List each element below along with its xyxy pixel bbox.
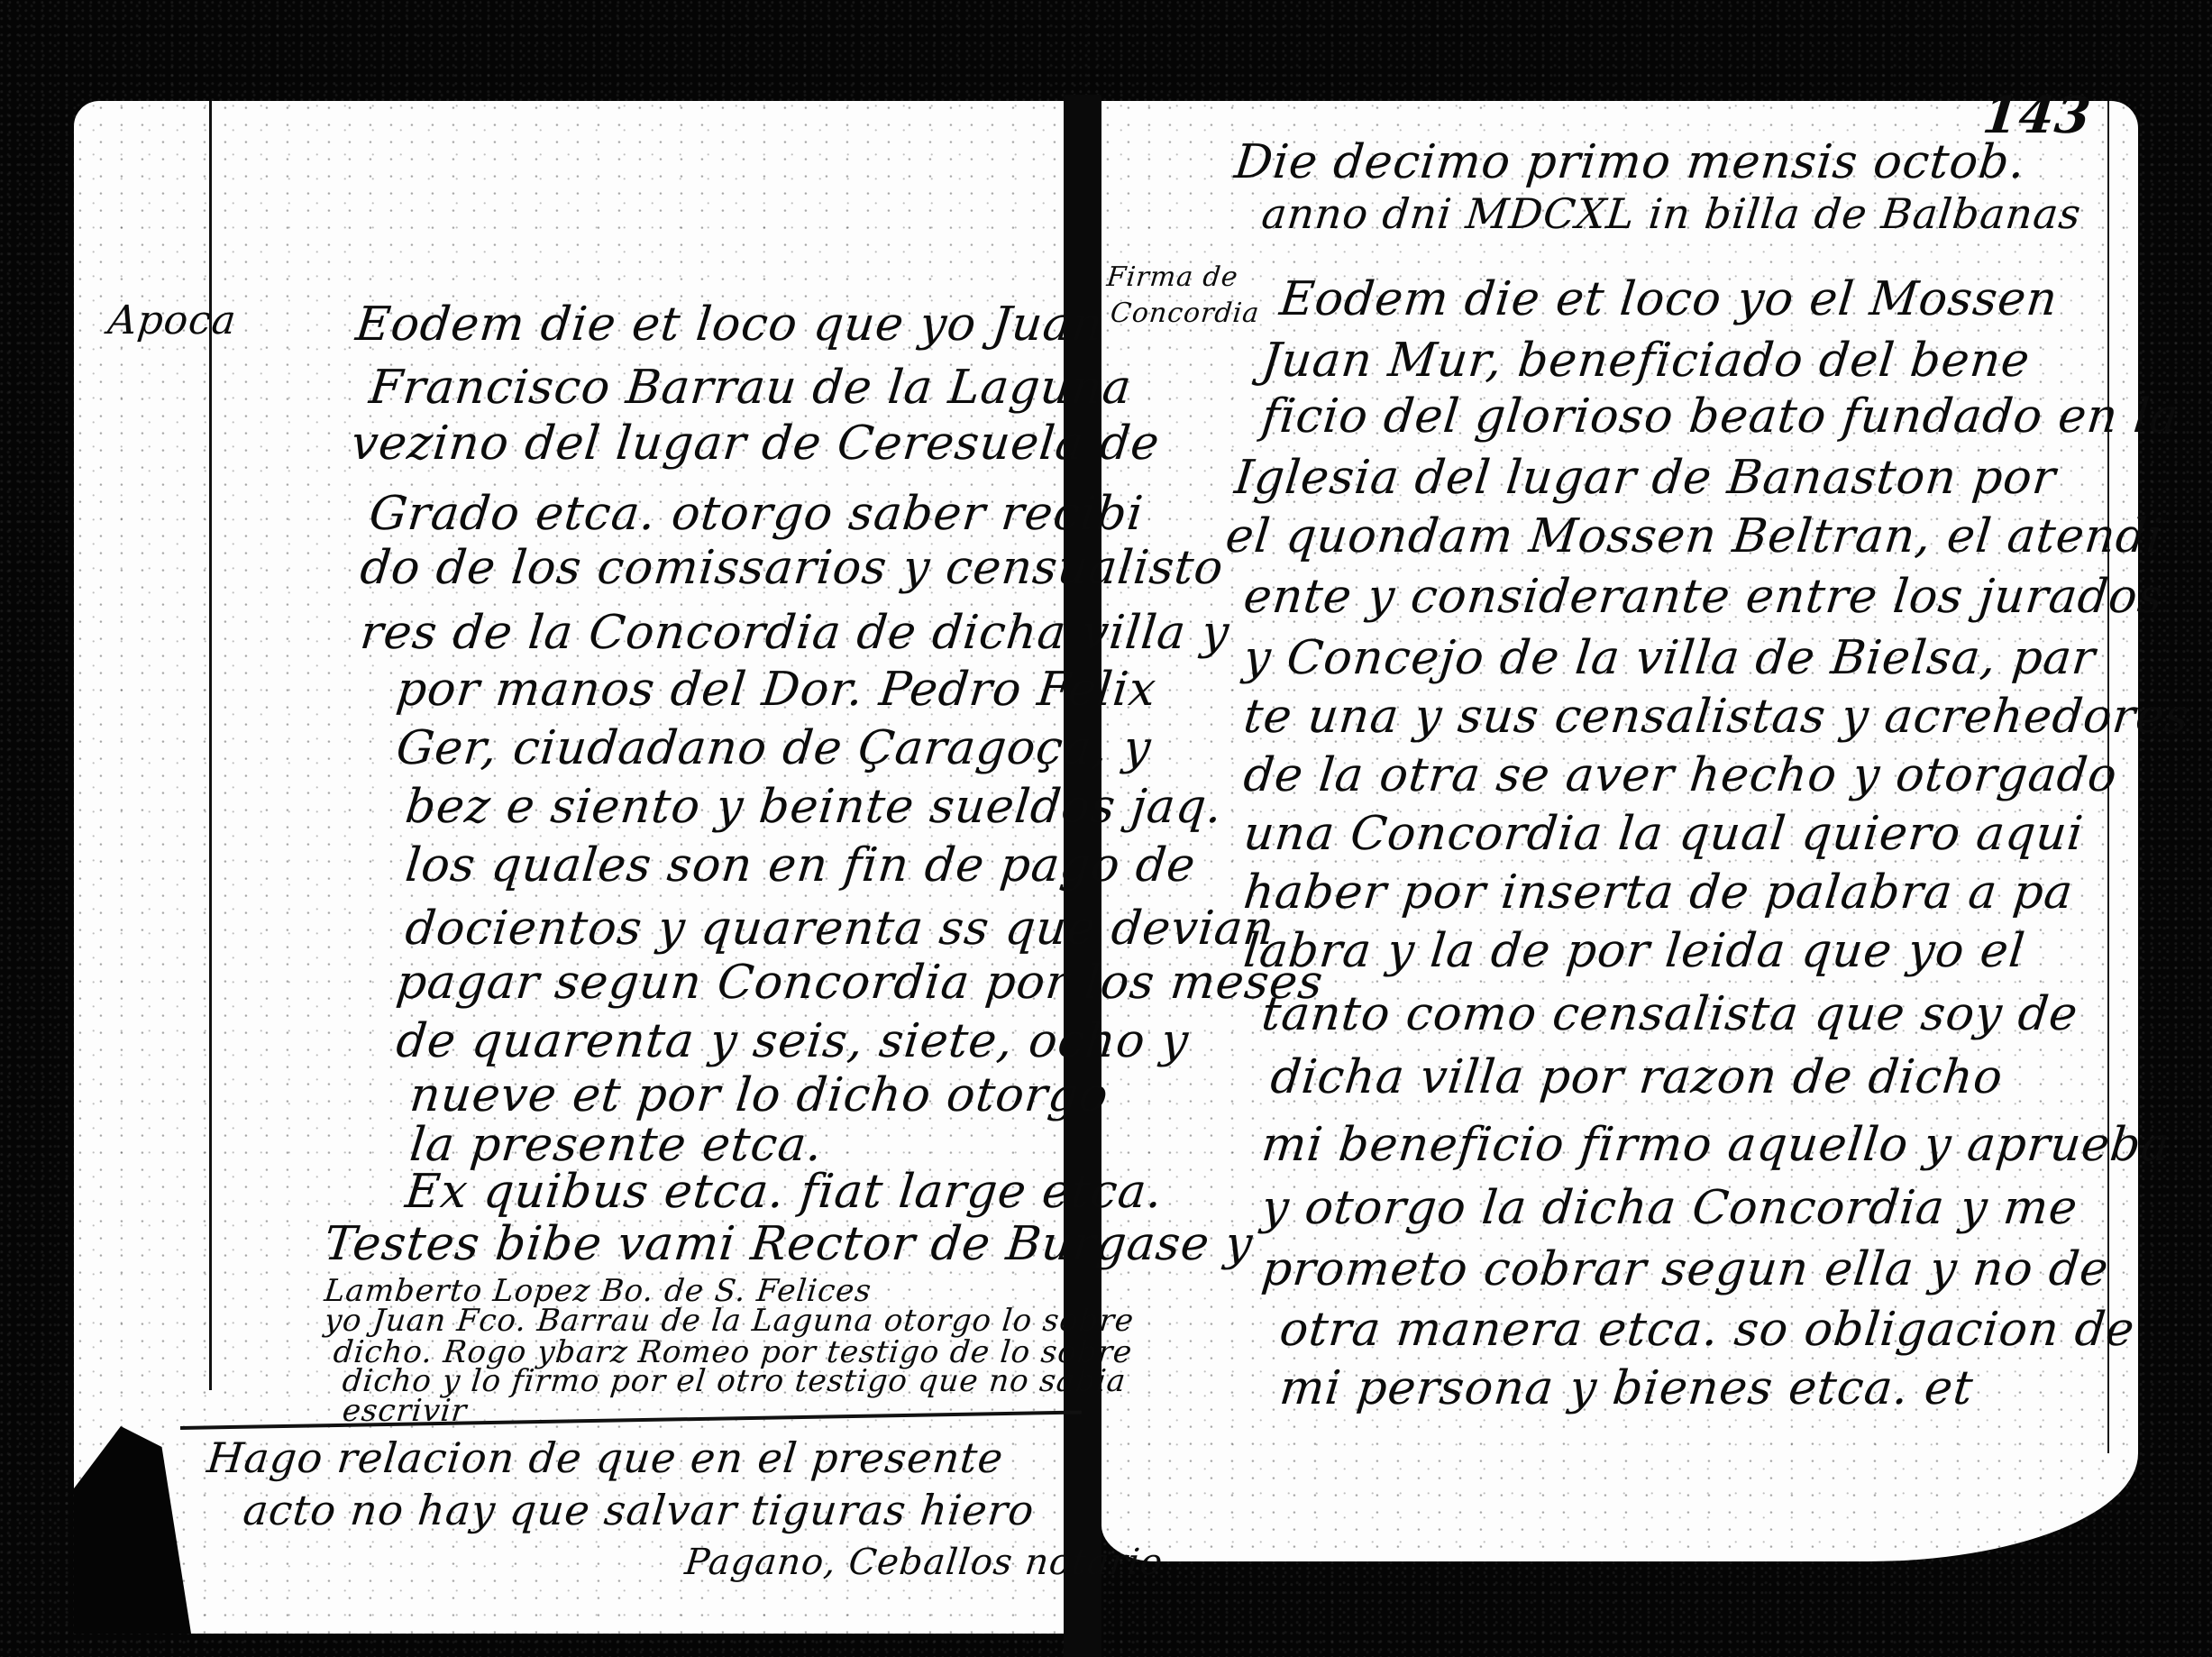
text-line: Juan Mur, beneficiado del bene (1259, 334, 2033, 388)
text-line: de quarenta y seis, siete, ocho y (394, 1014, 1192, 1068)
left-margin-note: Apoca (105, 298, 239, 343)
text-line: la presente etca. (407, 1118, 826, 1172)
text-line: anno dni MDCXL in billa de Balbanas (1259, 189, 2084, 238)
text-line: los quales son en fin de pago de (403, 838, 1199, 893)
text-line: yo Juan Fco. Barrau de la Laguna otorgo … (323, 1303, 1136, 1339)
text-line: docientos y quarenta ss que devian (403, 902, 1277, 956)
text-line: mi beneficio firmo aquello y aprueba (1259, 1118, 2173, 1172)
text-line: Eodem die et loco que yo Juan (353, 298, 1106, 352)
text-line: prometo cobrar segun ella y no de (1259, 1242, 2112, 1296)
text-line: acto no hay que salvar tiguras hiero (241, 1486, 1037, 1534)
text-line: Pagano, Ceballos notario (683, 1542, 1165, 1583)
text-line: vezino del lugar de Ceresuela de (349, 417, 1163, 471)
text-line: ente y considerante entre los jurados (1241, 570, 2166, 624)
text-line: bez e siento y beinte sueldos jaq. (403, 780, 1226, 834)
page-corner-damage (74, 1426, 191, 1634)
text-line: Iglesia del lugar de Banaston por (1232, 451, 2059, 505)
text-line: haber por inserta de palabra a pa (1241, 865, 2076, 920)
text-line: do de los comissarios y censualisto (358, 541, 1227, 595)
text-line: Eodem die et loco yo el Mossen (1277, 272, 2061, 326)
text-line: res de la Concordia de dicha villa y (358, 606, 1232, 660)
text-line: labra y la de por leida que yo el (1241, 924, 2028, 978)
text-line: tanto como censalista que soy de (1259, 987, 2080, 1041)
right-margin-note-line-2: Concordia (1109, 298, 1261, 329)
text-line: Ex quibus etca. fiat large etca. (403, 1165, 1165, 1219)
text-line: Hago relacion de que en el presente (205, 1433, 1006, 1482)
text-line: otra manera etca. so obligacion de (1277, 1303, 2138, 1357)
text-line: pagar segun Concordia por los meses (394, 956, 1326, 1010)
text-line: de la otra se aver hecho y otorgado (1241, 748, 2120, 802)
text-line: mi persona y bienes etca. et (1277, 1361, 1976, 1415)
text-line: Francisco Barrau de la Laguna (367, 361, 1135, 415)
text-line: Testes bibe vami Rector de Burgase y (322, 1217, 1256, 1271)
text-line: Die decimo primo mensis octob. (1232, 135, 2028, 189)
text-line: te una y sus censalistas y acrehedores (1241, 690, 2192, 744)
text-line: Ger, ciudadano de Çaragoça, y (394, 721, 1154, 775)
text-line: por manos del Dor. Pedro Felix (394, 663, 1159, 717)
text-line: una Concordia la qual quiero aqui (1241, 807, 2087, 861)
text-line: y Concejo de la villa de Bielsa, par (1241, 631, 2098, 685)
text-line: y otorgo la dicha Concordia y me (1259, 1181, 2080, 1235)
text-line: dicha villa por razon de dicho (1268, 1050, 2006, 1104)
text-line: el quondam Mossen Beltran, el atendi (1223, 509, 2166, 563)
text-line: ficio del glorioso beato fundado en la (1259, 389, 2181, 444)
left-margin-rule (209, 101, 212, 1390)
text-line: Grado etca. otorgo saber recibi (367, 487, 1147, 541)
right-margin-note-line-1: Firma de (1105, 261, 1239, 293)
text-line: nueve et por lo dicho otorgo (407, 1068, 1111, 1122)
